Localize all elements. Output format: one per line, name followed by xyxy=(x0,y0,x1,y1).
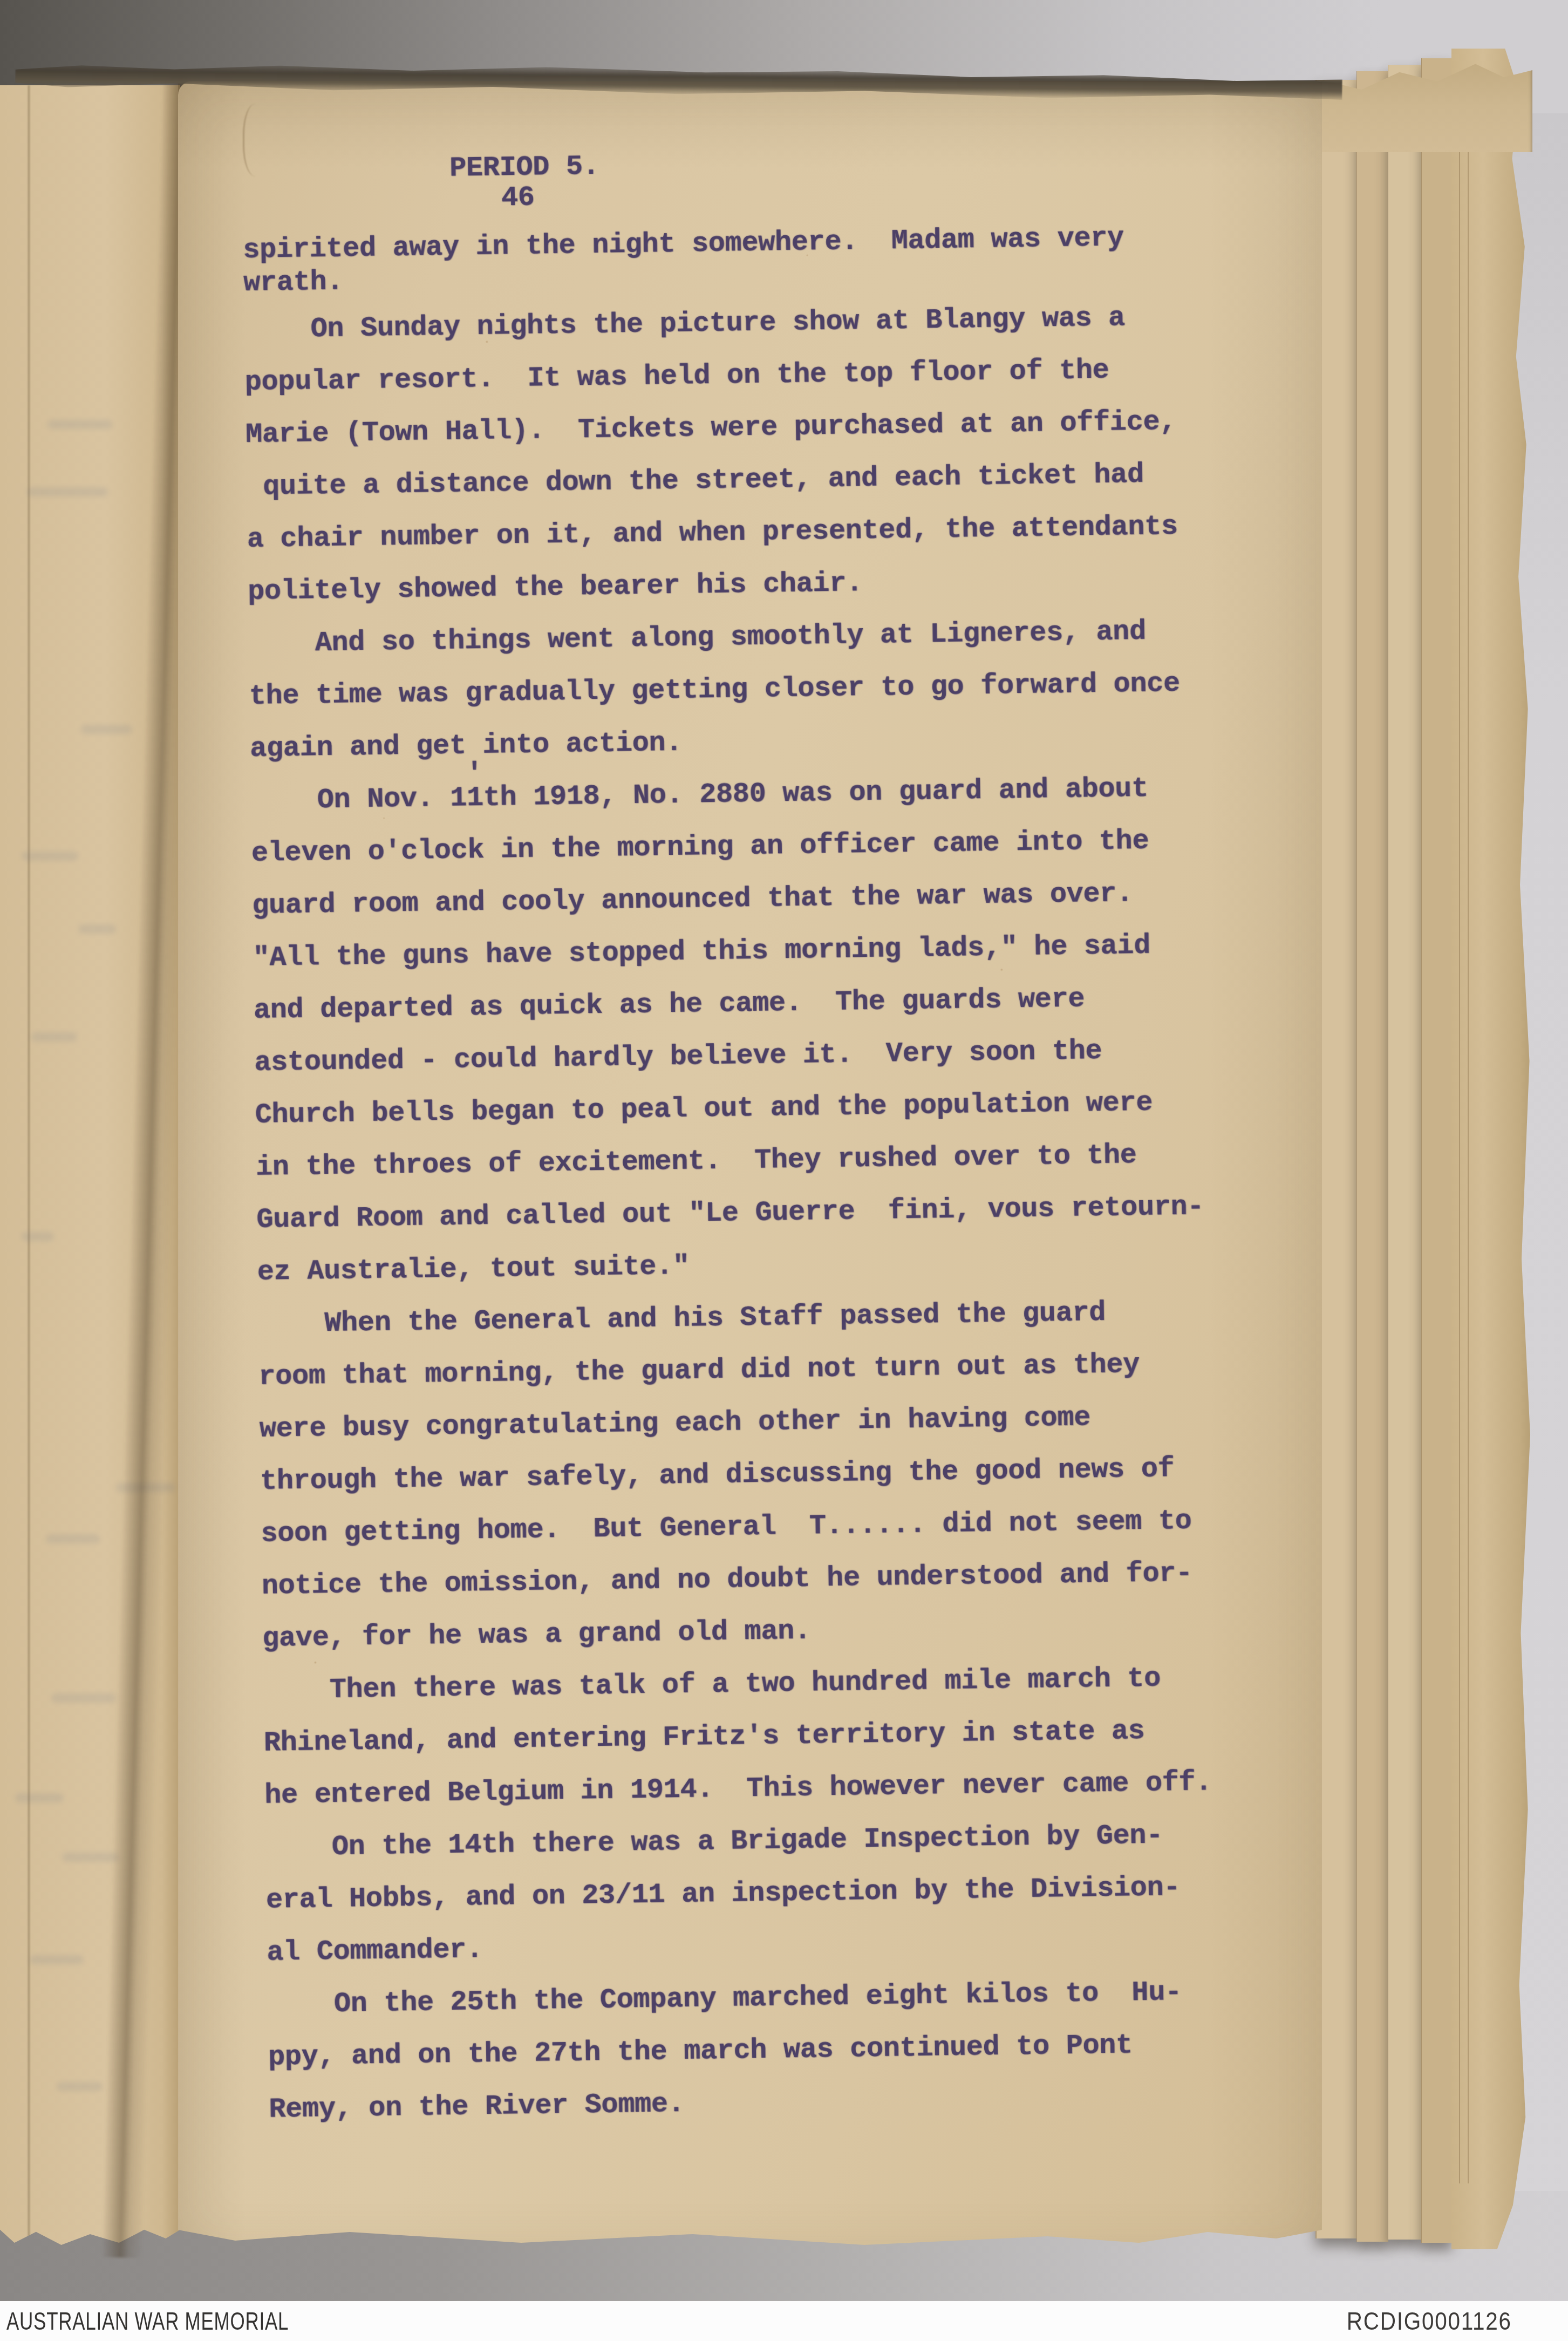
item-id-label: RCDIG0001126 xyxy=(1347,2306,1512,2336)
institution-label: AUSTRALIAN WAR MEMORIAL xyxy=(6,2306,289,2336)
page-edge xyxy=(1421,58,1452,2243)
stray-ink-mark: ' xyxy=(466,760,483,788)
footer-bar: AUSTRALIAN WAR MEMORIAL RCDIG0001126 xyxy=(0,2301,1568,2341)
body-text: spirited away in the night somewhere. Ma… xyxy=(243,222,1273,2148)
section-heading: PERIOD 5. xyxy=(449,153,599,183)
typewritten-line: Remy, on the River Somme. xyxy=(269,2082,1273,2148)
page-edge xyxy=(1388,65,1422,2240)
typewritten-text: PERIOD 5. 46 spirited away in the night … xyxy=(176,67,1350,2248)
page-edge xyxy=(1356,71,1388,2242)
page-edge xyxy=(1451,49,1530,2249)
page-crease xyxy=(28,85,30,2251)
page-scan: PERIOD 5. 46 spirited away in the night … xyxy=(0,0,1568,2341)
page-stack-edges xyxy=(1315,49,1531,2249)
document-page: PERIOD 5. 46 spirited away in the night … xyxy=(178,81,1322,2247)
page-number: 46 xyxy=(501,183,535,212)
